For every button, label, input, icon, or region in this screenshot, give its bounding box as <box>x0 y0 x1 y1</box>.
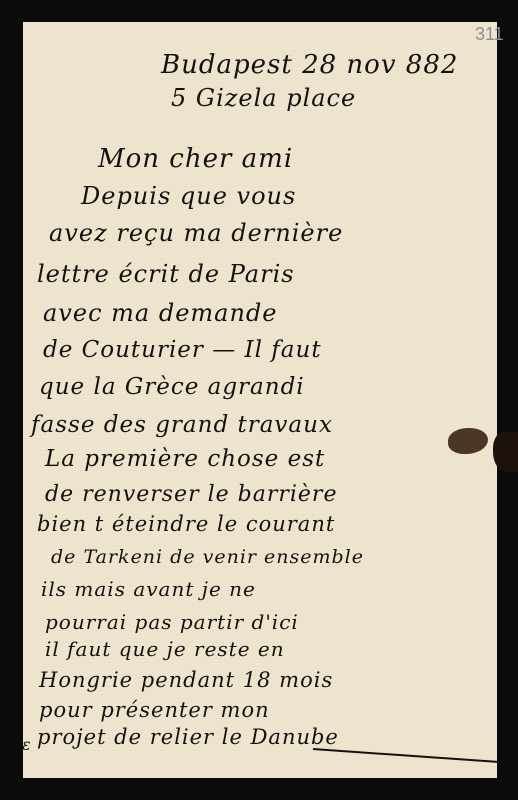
address: 5 Gizela place <box>171 84 356 112</box>
folio-number: 311 <box>475 24 504 45</box>
body-line: bien t éteindre le courant <box>37 512 335 536</box>
body-line: pour présenter mon <box>39 698 270 722</box>
body-line: avec ma demande <box>43 299 278 327</box>
margin-mark: ε <box>22 735 31 754</box>
body-line: lettre écrit de Paris <box>37 260 295 288</box>
body-line: pourrai pas partir d'ici <box>45 610 299 634</box>
body-line: de Tarkeni de venir ensemble <box>51 546 364 568</box>
body-line: ils mais avant je ne <box>41 577 256 601</box>
body-line: Depuis que vous <box>81 182 296 210</box>
body-line: il faut que je reste en <box>45 637 285 661</box>
body-line: fasse des grand travaux <box>31 412 333 438</box>
body-line: La première chose est <box>45 446 325 472</box>
ink-blot <box>493 432 518 472</box>
letter-page: 311 Budapest 28 nov 882 5 Gizela place M… <box>23 22 497 778</box>
body-line: avez reçu ma dernière <box>49 219 343 247</box>
body-line: de Couturier — Il faut <box>43 337 322 363</box>
salutation: Mon cher ami <box>98 144 293 174</box>
place-date: Budapest 28 nov 882 <box>161 50 458 80</box>
body-line: projet de relier le Danube <box>37 725 339 749</box>
ink-blot <box>448 428 488 454</box>
body-line: de renverser le barrière <box>45 482 337 507</box>
body-line: Hongrie pendant 18 mois <box>39 668 333 692</box>
closing-flourish <box>313 748 498 762</box>
body-line: que la Grèce agrandi <box>39 374 305 400</box>
